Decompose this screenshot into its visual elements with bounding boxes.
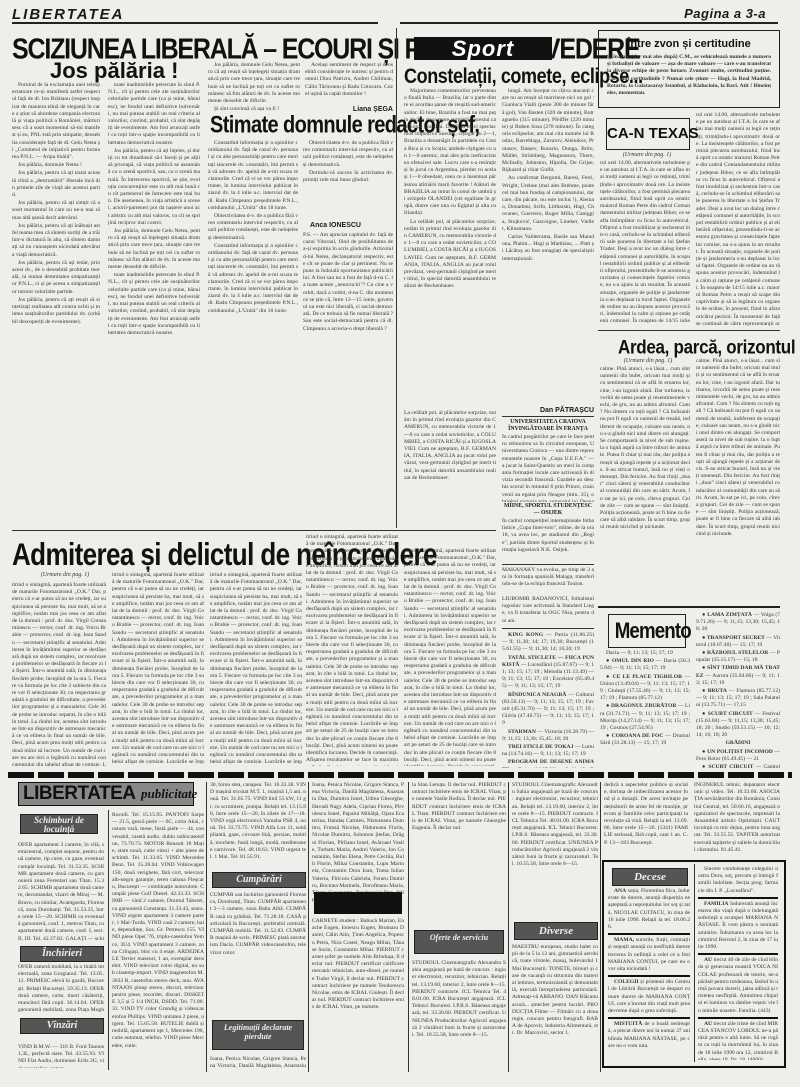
sport-col2: lungă. Am început cu cîțiva atacanți car… [502, 88, 594, 406]
sport-label-banner: Sport [414, 37, 552, 60]
rumors-box: Între zvon și certitudine Și înainte (da… [598, 30, 780, 108]
ads-section-diverse: Diverse [514, 922, 598, 940]
admiterea-col4: itrind o sintagmă, apartenă foarte utili… [306, 534, 398, 766]
memento-col2: ● LAMA ZIMȚATĂ — Volga (79.71.26) — 9; 1… [696, 612, 780, 768]
decese-right: Sincere condoleanțe colegului nostru Dor… [698, 866, 778, 1060]
ads-col3-cumparari: CUMPĂR sau închiriez garsonieră Floreasc… [210, 892, 306, 1012]
ads-section-oferte: Oferte de serviciu [414, 930, 504, 954]
ads-banner-title: LIBERTATEA [23, 783, 136, 805]
ads-col1-vinzari: VIND B.M.W. — 316 B. Ford Taunus 1,3L, p… [18, 1044, 104, 1068]
ads-col6-diverse: MAESTRU european, studio balet copii de … [512, 944, 598, 1070]
ads-col5-oferte: STUDIOUL Cinematografic Alexandru Sahia … [412, 960, 506, 1070]
decese-divider [694, 864, 695, 1062]
ads-col1-schimburi: OFER apartament 3 camere, în vilă, semic… [18, 842, 104, 942]
article1-col3: Jos pălăria, domnule Gelu Netea, pentru … [208, 62, 300, 112]
ads-divider-2 [206, 782, 207, 1072]
cinema-listings: KING KONG — Patria (11.86.25) — 9; 11,30… [502, 632, 594, 768]
sport-col1: Majoritatea comentatorilor prevesteau o … [404, 88, 496, 408]
ads-divider-6 [600, 782, 601, 1072]
ads-section-schimburi: Schimburi de locuință [20, 814, 98, 834]
article1-col2: toate inadmisibile petrecute în sînul P.… [108, 82, 200, 502]
rumors-body: Și înainte (dar mai ales după) C.M., se … [607, 54, 771, 102]
texas-col1: rul orei 14.00, alternativele turbulente… [600, 160, 690, 326]
sport-brief1-title: UNIVERSITATEA CRAIOVA ÎNVINGĂTOARE ÎN FR… [502, 419, 594, 433]
ads-divider-4 [408, 782, 409, 1072]
memento-gardens-label: GRĂDINI [696, 740, 780, 747]
texas-title-box: CA-N TEXAS [606, 118, 690, 150]
admiterea-col2: itrind o sintagmă, apartenă foarte utili… [112, 572, 204, 766]
rumors-title: Între zvon și certitudine [599, 38, 779, 50]
ads-banner: LIBERTATEA publicitate [18, 782, 194, 806]
memento-logo-box: Memento [608, 614, 686, 648]
ads-section-vinzari: Vînzări [20, 1018, 104, 1034]
ads-section-decese: Decese [612, 868, 688, 886]
ads-col2-vinzari: Rocsili. Tel. 15.15.95. PANTOFI Sarpe — … [112, 812, 204, 1070]
memento-label: Memento [615, 615, 680, 647]
ads-section-inchirieri: Închirieri [20, 946, 104, 962]
masthead-paper-name: LIBERTATEA [12, 6, 125, 23]
masthead-page-number: Pagina a 3-a [684, 6, 766, 21]
ardea-col1: calme. Pînă atunci, s-a lăsat... cum sîn… [600, 366, 690, 600]
ads-col8-misc: INGINERUL tehnic, depanator electronic ș… [694, 782, 780, 858]
article1-col1: Pornind de la exclamația unei telespecta… [12, 82, 100, 502]
ardea-caption: (Urmare din pag. 1) [606, 358, 690, 364]
ardea-title: Ardea, parcă, orizontul [618, 336, 795, 359]
sport-col1-cont: La celălalt pol, al plăcutelor surprize,… [404, 410, 496, 502]
ads-col4-black-box [314, 892, 402, 914]
ardea-rule [598, 330, 780, 331]
sport-signature: Dan PĂTRAȘCU [502, 407, 594, 414]
admiterea-col1: itrind o sintagmă, apartenă foarte utili… [12, 582, 106, 766]
sport-brief2-title: MÎINE, SPORTUL STUDENȚESC — OSIJEK [502, 503, 594, 517]
article1-col4: Același sentiment de respect și deosebit… [305, 62, 393, 100]
ads-divider-1 [108, 810, 109, 1070]
cinema-rule [502, 628, 594, 629]
ads-col7-misc: dedică a aspectelor politice și sociale,… [604, 782, 688, 858]
ads-col3-legitimatii: Ioana, Penica Nicolae, Grigore Stanca, P… [210, 1056, 306, 1070]
ads-col3-vinzari: 30, birou stea, canapea. Tel. 16.33.38. … [210, 782, 306, 868]
ads-divider-5 [508, 782, 509, 1072]
ads-section-cumparari: Cumpărări [212, 872, 306, 888]
decese-left: ANA soția, Florentina fiica, îndurerate … [608, 888, 690, 1060]
article1-title: Jos pălăria ! [50, 58, 178, 84]
sport-brief3-body: MAKANAKY va evolua, pe timp de 3 ani în … [502, 567, 594, 595]
sport-brief-rule-2 [502, 564, 594, 565]
texas-col2: rul orei 14.00, alternativele turbulente… [696, 112, 780, 326]
ads-col6-oferte: STUDIOUL Cinematografic Alexandru Sahia … [512, 782, 598, 920]
masthead-rule-right [400, 22, 778, 24]
memento-rule [598, 606, 780, 608]
sport-brief1-body: În cadrul pregătirilor pe care le face p… [502, 434, 594, 502]
memento-col1: Dacia — 9; 11; 13; 15; 17; 19 ● OMUL DIN… [600, 650, 690, 768]
admiterea-col5: itrind o sintagmă, apartenă foarte utili… [404, 548, 496, 766]
admiterea-col3: itrind o sintagmă, apartenă foarte utili… [210, 572, 302, 766]
article2-ps: P.S. — Am apreciat capitalul dv. față de… [303, 232, 393, 504]
ads-col4-pierdut: CARNETE student : Babucă Marian, Enache … [312, 918, 404, 1070]
admiterea-rule [12, 530, 496, 531]
ardea-col2: calme. Pînă atunci, s-a lăsat... cum sîn… [696, 358, 780, 600]
column-divider [396, 28, 397, 528]
ads-section-legitimatii: Legitimații declarate pierdute [212, 1020, 304, 1050]
masthead-rule-left [12, 22, 378, 24]
admiterea-caption: (Urmare din pag. 1) [30, 572, 100, 578]
ads-banner-subtitle: publicitate [141, 786, 197, 802]
ads-col1-inchirieri: OFER cameră mobilată, la o tînără intele… [18, 964, 104, 1012]
ads-col5-pierdut: la Stan Lenuța. Îl declar nul. PIERDUT c… [412, 782, 506, 924]
texas-caption: (Urmare din pag. 1) [606, 152, 688, 158]
sport-brief2-body: În cadrul competiției internaționale fot… [502, 518, 594, 564]
article2-col2: Obiectivitatea d-v. de a publica fără vr… [303, 140, 393, 224]
ads-separator [8, 772, 792, 778]
sport-brief-rule [502, 416, 594, 417]
ads-divider-3 [308, 782, 309, 1072]
sport-brief4-body: LIUBOMIR RADANOVICI, fotbalistul iugosla… [502, 596, 594, 624]
article2-col1: Constatînd informația și a opiniilor cot… [208, 140, 298, 500]
article2-signature: Anca IONESCU [303, 222, 361, 229]
